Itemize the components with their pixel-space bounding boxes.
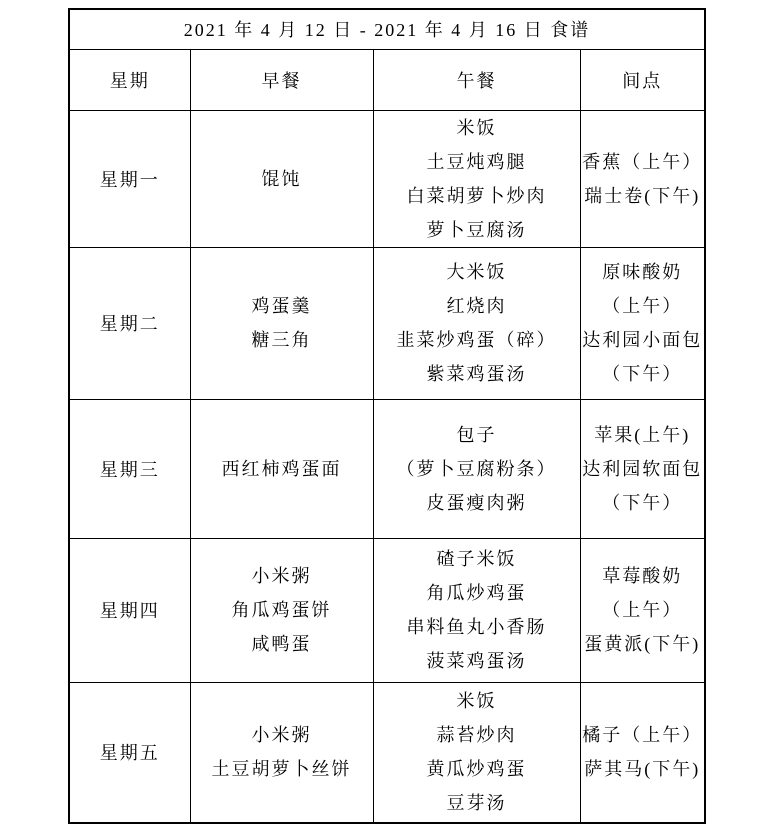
menu-line: 达利园小面包 [581, 323, 705, 357]
menu-line: 西红柿鸡蛋面 [191, 452, 373, 486]
menu-line: 菠菜鸡蛋汤 [374, 644, 580, 678]
menu-line: 咸鸭蛋 [191, 627, 373, 661]
menu-line: 米饭 [374, 684, 580, 718]
menu-line: 瑞士卷(下午) [581, 179, 705, 213]
menu-line: 角瓜炒鸡蛋 [374, 576, 580, 610]
breakfast-cell: 西红柿鸡蛋面 [190, 399, 373, 538]
column-header-snack: 间点 [580, 49, 705, 110]
menu-line: 包子 [374, 418, 580, 452]
menu-line: 萝卜豆腐汤 [374, 213, 580, 247]
menu-line: 米饭 [374, 111, 580, 145]
menu-line: 大米饭 [374, 255, 580, 289]
table-row: 星期五小米粥土豆胡萝卜丝饼米饭蒜苔炒肉黄瓜炒鸡蛋豆芽汤橘子（上午）萨其马(下午) [69, 682, 705, 823]
menu-line: 萨其马(下午) [581, 752, 705, 786]
table-title: 2021 年 4 月 12 日 - 2021 年 4 月 16 日 食谱 [69, 9, 705, 49]
table-row: 星期一馄饨米饭土豆炖鸡腿白菜胡萝卜炒肉萝卜豆腐汤香蕉（上午）瑞士卷(下午) [69, 110, 705, 247]
snack-cell: 苹果(上午)达利园软面包（下午） [580, 399, 705, 538]
menu-line: 碴子米饭 [374, 542, 580, 576]
menu-line: 馄饨 [191, 162, 373, 196]
menu-line: 土豆炖鸡腿 [374, 145, 580, 179]
day-cell: 星期三 [69, 399, 190, 538]
breakfast-cell: 小米粥角瓜鸡蛋饼咸鸭蛋 [190, 538, 373, 682]
snack-cell: 原味酸奶（上午）达利园小面包（下午） [580, 247, 705, 399]
breakfast-cell: 馄饨 [190, 110, 373, 247]
lunch-cell: 碴子米饭角瓜炒鸡蛋串料鱼丸小香肠菠菜鸡蛋汤 [373, 538, 580, 682]
menu-line: 达利园软面包 [581, 452, 705, 486]
day-cell: 星期四 [69, 538, 190, 682]
column-header-breakfast: 早餐 [190, 49, 373, 110]
menu-line: （下午） [581, 357, 705, 391]
menu-line: 白菜胡萝卜炒肉 [374, 179, 580, 213]
table-row: 星期四小米粥角瓜鸡蛋饼咸鸭蛋碴子米饭角瓜炒鸡蛋串料鱼丸小香肠菠菜鸡蛋汤草莓酸奶（… [69, 538, 705, 682]
menu-line: 小米粥 [191, 718, 373, 752]
menu-line: 草莓酸奶 [581, 559, 705, 593]
menu-line: 蒜苔炒肉 [374, 718, 580, 752]
document-page: 2021 年 4 月 12 日 - 2021 年 4 月 16 日 食谱 星期 … [0, 0, 771, 833]
day-cell: 星期五 [69, 682, 190, 823]
header-row: 星期 早餐 午餐 间点 [69, 49, 705, 110]
menu-line: 鸡蛋羹 [191, 289, 373, 323]
menu-line: 糖三角 [191, 323, 373, 357]
column-header-week: 星期 [69, 49, 190, 110]
menu-line: 角瓜鸡蛋饼 [191, 593, 373, 627]
lunch-cell: 米饭土豆炖鸡腿白菜胡萝卜炒肉萝卜豆腐汤 [373, 110, 580, 247]
menu-line: 韭菜炒鸡蛋（碎） [374, 323, 580, 357]
menu-line: 橘子（上午） [581, 718, 705, 752]
menu-line: 皮蛋瘦肉粥 [374, 486, 580, 520]
table-row: 星期二鸡蛋羹糖三角大米饭红烧肉韭菜炒鸡蛋（碎）紫菜鸡蛋汤原味酸奶（上午）达利园小… [69, 247, 705, 399]
breakfast-cell: 小米粥土豆胡萝卜丝饼 [190, 682, 373, 823]
menu-line: 苹果(上午) [581, 418, 705, 452]
menu-line: 豆芽汤 [374, 786, 580, 820]
day-cell: 星期二 [69, 247, 190, 399]
menu-table: 2021 年 4 月 12 日 - 2021 年 4 月 16 日 食谱 星期 … [68, 8, 706, 824]
lunch-cell: 米饭蒜苔炒肉黄瓜炒鸡蛋豆芽汤 [373, 682, 580, 823]
menu-line: （上午） [581, 289, 705, 323]
menu-line: 小米粥 [191, 559, 373, 593]
menu-line: 土豆胡萝卜丝饼 [191, 752, 373, 786]
menu-line: 香蕉（上午） [581, 145, 705, 179]
menu-line: 串料鱼丸小香肠 [374, 610, 580, 644]
menu-line: 紫菜鸡蛋汤 [374, 357, 580, 391]
menu-line: （上午） [581, 593, 705, 627]
menu-line: 红烧肉 [374, 289, 580, 323]
menu-line: （下午） [581, 486, 705, 520]
menu-line: 蛋黄派(下午) [581, 627, 705, 661]
menu-line: 原味酸奶 [581, 255, 705, 289]
snack-cell: 橘子（上午）萨其马(下午) [580, 682, 705, 823]
title-row: 2021 年 4 月 12 日 - 2021 年 4 月 16 日 食谱 [69, 9, 705, 49]
snack-cell: 草莓酸奶（上午）蛋黄派(下午) [580, 538, 705, 682]
lunch-cell: 包子（萝卜豆腐粉条）皮蛋瘦肉粥 [373, 399, 580, 538]
lunch-cell: 大米饭红烧肉韭菜炒鸡蛋（碎）紫菜鸡蛋汤 [373, 247, 580, 399]
menu-line: 黄瓜炒鸡蛋 [374, 752, 580, 786]
snack-cell: 香蕉（上午）瑞士卷(下午) [580, 110, 705, 247]
table-row: 星期三西红柿鸡蛋面包子（萝卜豆腐粉条）皮蛋瘦肉粥苹果(上午)达利园软面包（下午） [69, 399, 705, 538]
day-cell: 星期一 [69, 110, 190, 247]
menu-line: （萝卜豆腐粉条） [374, 452, 580, 486]
column-header-lunch: 午餐 [373, 49, 580, 110]
breakfast-cell: 鸡蛋羹糖三角 [190, 247, 373, 399]
